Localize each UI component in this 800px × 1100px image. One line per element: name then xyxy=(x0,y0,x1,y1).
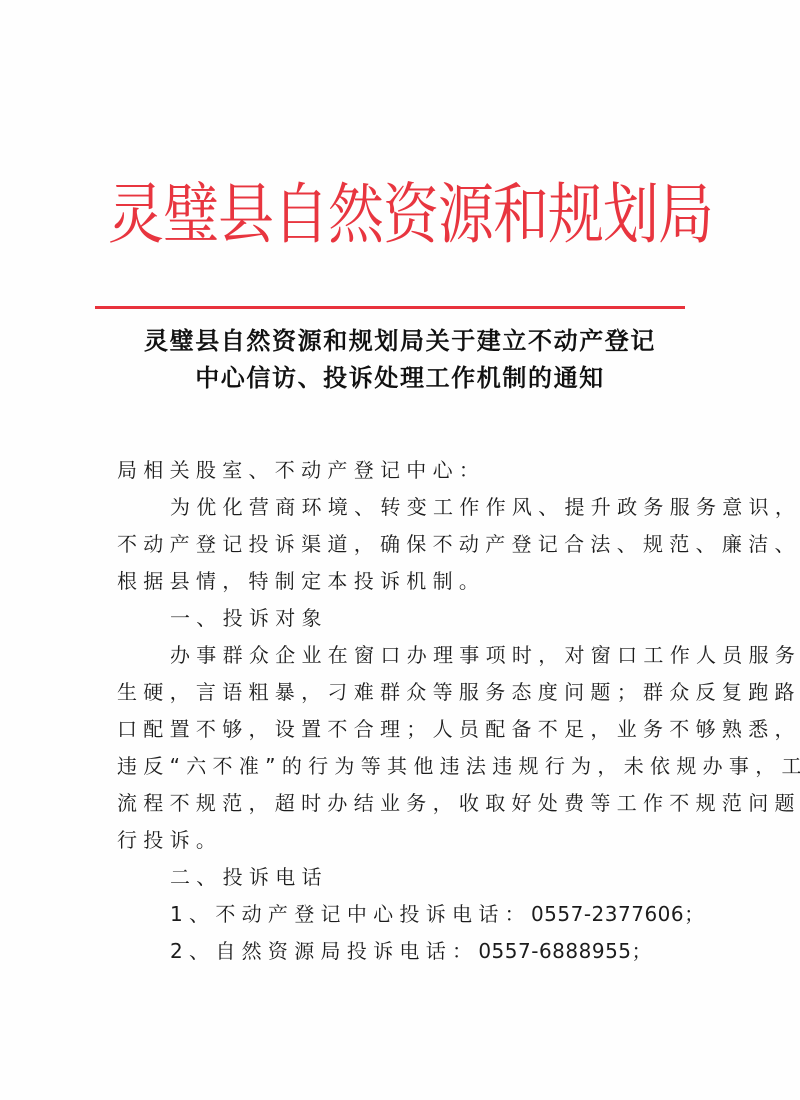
section1-line: 违反“六不准”的行为等其他违法违规行为，未依规办事，工作 xyxy=(117,748,717,785)
section1-line: 行投诉。 xyxy=(117,822,717,859)
document-page: 灵璧县自然资源和规划局 灵璧县自然资源和规划局关于建立不动产登记 中心信访、投诉… xyxy=(0,0,800,1100)
letterhead-red-rule xyxy=(95,306,685,309)
section-heading-complaint-targets: 一、投诉对象 xyxy=(117,600,717,637)
salutation: 局相关股室、不动产登记中心： xyxy=(117,452,717,489)
phone-item: 1、不动产登记中心投诉电话：0557-2377606； xyxy=(117,896,717,933)
section1-line: 生硬，言语粗暴，刁难群众等服务态度问题；群众反复跑路，窗 xyxy=(117,674,717,711)
phone-item-label: 2、自然资源局投诉电话： xyxy=(170,939,478,963)
section1-line: 口配置不够，设置不合理；人员配备不足，业务不够熟悉，出现 xyxy=(117,711,717,748)
document-body: 局相关股室、不动产登记中心： 为优化营商环境、转变工作作风、提升政务服务意识，畅… xyxy=(117,452,717,970)
intro-line: 根据县情，特制定本投诉机制。 xyxy=(117,563,717,600)
intro-line: 为优化营商环境、转变工作作风、提升政务服务意识，畅通 xyxy=(117,489,717,526)
section-heading-complaint-phones: 二、投诉电话 xyxy=(117,859,717,896)
phone-item: 2、自然资源局投诉电话：0557-6888955； xyxy=(117,933,717,970)
phone-number: 0557-2377606； xyxy=(531,902,705,926)
intro-line: 不动产登记投诉渠道，确保不动产登记合法、规范、廉洁、高效， xyxy=(117,526,717,563)
section1-line: 办事群众企业在窗口办理事项时，对窗口工作人员服务态度 xyxy=(117,637,717,674)
letterhead-org-name: 灵璧县自然资源和规划局 xyxy=(108,169,678,263)
document-title-line-1: 灵璧县自然资源和规划局关于建立不动产登记 xyxy=(100,321,700,356)
document-title-line-2: 中心信访、投诉处理工作机制的通知 xyxy=(100,358,700,393)
phone-item-label: 1、不动产登记中心投诉电话： xyxy=(170,902,531,926)
phone-number: 0557-6888955； xyxy=(478,939,652,963)
section1-line: 流程不规范，超时办结业务，收取好处费等工作不规范问题可进 xyxy=(117,785,717,822)
